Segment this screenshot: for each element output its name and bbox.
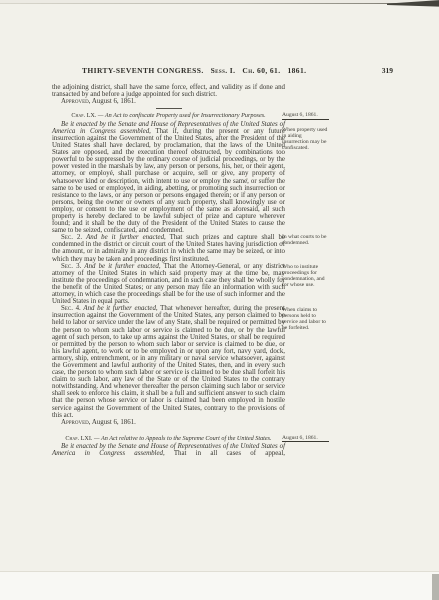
section-3-paragraph: Sec. 3. And be it further enacted, That … [52,263,285,306]
margin-note-forfeiture: When claims to persons held to service a… [282,307,329,331]
chapter-lx-title: — An Act to confiscate Property used for… [98,112,266,119]
chapter-lxi-title: — An Act relative to Appeals to the Supr… [94,435,272,442]
running-header: THIRTY-SEVENTH CONGRESS.Sess. I.Ch. 60, … [52,66,382,75]
scanned-statute-page: THIRTY-SEVENTH CONGRESS.Sess. I.Ch. 60, … [0,0,439,600]
section-text: That the Attorney-General, or any distri… [52,263,285,305]
chapter-lxi-paragraph: Be it enacted by the Senate and House of… [52,443,285,457]
enacting-clause: And be it further enacted, [83,305,157,312]
section-text: That in all cases of appeal, [174,450,285,457]
header-chapter: Ch. 60, 61. [242,66,280,75]
margin-note-courts: In what courts to be condemned. [282,234,329,246]
section-divider [156,108,182,109]
margin-note-confiscation: When property used in aiding insurrectio… [282,127,329,151]
chapter-lxi-label: Chap. LXI. [65,435,92,442]
page-number: 319 [382,66,393,75]
header-congress: THIRTY-SEVENTH CONGRESS. [82,66,204,75]
margin-date-lx: August 6, 1861. [282,112,329,120]
section-label: Sec. 4. [61,305,81,312]
approved-date: , August 6, 1861. [89,98,136,105]
section-text: That if, during the present or any futur… [52,128,285,234]
section-text: That whenever hereafter, during the pres… [52,305,285,418]
section-label: Sec. 3. [61,263,81,270]
enacting-clause: And be it further enacted, [86,234,166,241]
text-column: the adjoining district, shall have the s… [52,84,285,458]
chapter-lx-label: Chap. LX. [71,112,96,119]
margin-note-proceedings: Who to institute proceedings for condemn… [282,264,329,288]
section-4-paragraph: Sec. 4. And be it further enacted, That … [52,305,285,419]
chapter-lxi-heading: Chap. LXI. — An Act relative to Appeals … [52,435,285,443]
header-session: Sess. I. [211,66,236,75]
page-bottom-edge [0,571,439,600]
approved-label: Approved [61,419,89,426]
header-year: 1861. [288,66,307,75]
scan-bottom-corner-mark [432,574,439,600]
approved-line-lx: Approved, August 6, 1861. [52,419,285,426]
approved-date: , August 6, 1861. [89,419,136,426]
section-2-paragraph: Sec. 2. And be it further enacted, That … [52,234,285,262]
approved-line: Approved, August 6, 1861. [52,98,285,105]
section-label: Sec. 2. [61,234,82,241]
enacting-clause: And be it further enacted, [84,263,160,270]
margin-date-lxi: August 6, 1861. [282,435,329,443]
continuation-text: the adjoining district, shall have the s… [52,84,285,98]
continuation-paragraph: the adjoining district, shall have the s… [52,84,285,98]
scan-edge-line [0,3,439,4]
section-1-paragraph: Be it enacted by the Senate and House of… [52,121,285,235]
chapter-lx-heading: Chap. LX. — An Act to confiscate Propert… [52,112,285,120]
approved-label: Approved [61,98,89,105]
